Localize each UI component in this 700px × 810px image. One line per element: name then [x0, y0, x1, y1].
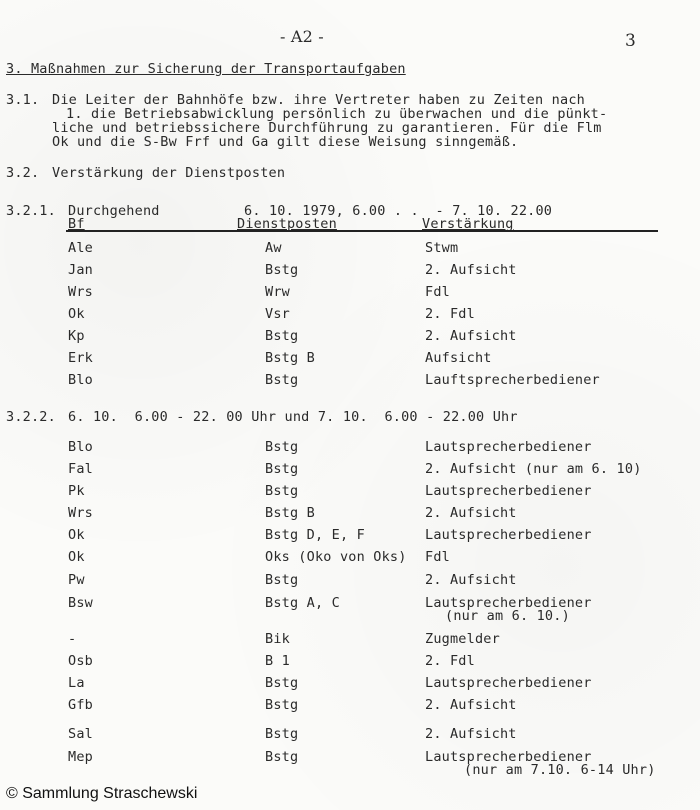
cell-bf: Pw	[68, 572, 85, 588]
cell-bf: Osb	[68, 653, 93, 669]
table-header-rule	[66, 230, 658, 232]
cell-bf: La	[68, 675, 85, 691]
cell-dienstposten: Wrw	[265, 284, 290, 300]
cell-bf: Ok	[68, 306, 85, 322]
section-3-2-2-period: 6. 10. 6.00 - 22. 00 Uhr und 7. 10. 6.00…	[68, 409, 518, 425]
cell-verstaerkung: 2. Aufsicht	[425, 726, 517, 742]
cell-bf: Ok	[68, 527, 85, 543]
cell-bf: Sal	[68, 726, 93, 742]
cell-dienstposten: Bstg	[265, 572, 298, 588]
cell-dienstposten: B 1	[265, 653, 290, 669]
section-3-2-2-number: 3.2.2.	[6, 409, 56, 425]
cell-bf: Wrs	[68, 505, 93, 521]
section-3-2-title: Verstärkung der Dienstposten	[52, 165, 285, 181]
cell-dienstposten: Bstg	[265, 461, 298, 477]
cell-verstaerkung: 2. Aufsicht	[425, 572, 517, 588]
cell-bf: Gfb	[68, 697, 93, 713]
copyright-notice: © Sammlung Straschewski	[6, 785, 197, 803]
cell-verstaerkung: Fdl	[425, 549, 450, 565]
cell-verstaerkung: Lautsprecherbediener	[425, 483, 592, 499]
cell-verstaerkung: Lauftsprecherbediener	[425, 372, 600, 388]
cell-dienstposten: Oks (Oko von Oks)	[265, 549, 407, 565]
cell-bf: Bsw	[68, 595, 93, 611]
cell-verstaerkung: Lautsprecherbediener	[425, 527, 592, 543]
cell-dienstposten: Bstg	[265, 262, 298, 278]
cell-verstaerkung: Aufsicht	[425, 350, 492, 366]
cell-bf: Erk	[68, 350, 93, 366]
cell-dienstposten: Bstg	[265, 439, 298, 455]
cell-dienstposten: Bstg	[265, 726, 298, 742]
cell-bf: Blo	[68, 372, 93, 388]
cell-bf: Pk	[68, 483, 85, 499]
cell-verstaerkung: 2. Aufsicht (nur am 6. 10)	[425, 461, 642, 477]
cell-bf: Ok	[68, 549, 85, 565]
cell-verstaerkung: Lautsprecherbediener	[425, 675, 592, 691]
cell-verstaerkung: Stwm	[425, 240, 458, 256]
cell-verstaerkung: Fdl	[425, 284, 450, 300]
cell-bf: -	[68, 631, 76, 647]
cell-dienstposten: Bstg	[265, 675, 298, 691]
cell-dienstposten: Bstg A, C	[265, 595, 340, 611]
cell-note: (nur am 7.10. 6-14 Uhr)	[464, 762, 656, 778]
cell-dienstposten: Bstg B	[265, 505, 315, 521]
cell-dienstposten: Aw	[265, 240, 282, 256]
cell-verstaerkung: Zugmelder	[425, 631, 500, 647]
section-3-2-1-number: 3.2.1.	[6, 203, 56, 219]
cell-verstaerkung: 2. Aufsicht	[425, 262, 517, 278]
cell-dienstposten: Bstg	[265, 697, 298, 713]
section-3-2-number: 3.2.	[6, 165, 39, 181]
cell-verstaerkung: 2. Aufsicht	[425, 328, 517, 344]
document-page: - A2 - 3 3. Maßnahmen zur Sicherung der …	[0, 0, 700, 810]
cell-verstaerkung: 2. Aufsicht	[425, 505, 517, 521]
section-3-1-line: Ok und die S-Bw Frf und Ga gilt diese We…	[52, 134, 518, 150]
cell-bf: Wrs	[68, 284, 93, 300]
cell-verstaerkung: 2. Fdl	[425, 653, 475, 669]
page-mark: - A2 -	[280, 29, 324, 45]
cell-bf: Ale	[68, 240, 93, 256]
cell-bf: Kp	[68, 328, 85, 344]
cell-bf: Blo	[68, 439, 93, 455]
cell-verstaerkung: 2. Aufsicht	[425, 697, 517, 713]
cell-dienstposten: Bstg	[265, 483, 298, 499]
cell-dienstposten: Bstg B	[265, 350, 315, 366]
cell-note: (nur am 6. 10.)	[445, 608, 570, 624]
section-heading: 3. Maßnahmen zur Sicherung der Transport…	[6, 61, 406, 77]
cell-bf: Jan	[68, 262, 93, 278]
cell-dienstposten: Bstg D, E, F	[265, 527, 365, 543]
page-number: 3	[625, 33, 636, 49]
cell-verstaerkung: Lautsprecherbediener	[425, 439, 592, 455]
cell-dienstposten: Bik	[265, 631, 290, 647]
cell-dienstposten: Bstg	[265, 328, 298, 344]
section-3-1-number: 3.1.	[6, 92, 39, 108]
cell-dienstposten: Bstg	[265, 372, 298, 388]
cell-bf: Mep	[68, 749, 93, 765]
cell-bf: Fal	[68, 461, 93, 477]
cell-verstaerkung: 2. Fdl	[425, 306, 475, 322]
cell-dienstposten: Bstg	[265, 749, 298, 765]
cell-dienstposten: Vsr	[265, 306, 290, 322]
